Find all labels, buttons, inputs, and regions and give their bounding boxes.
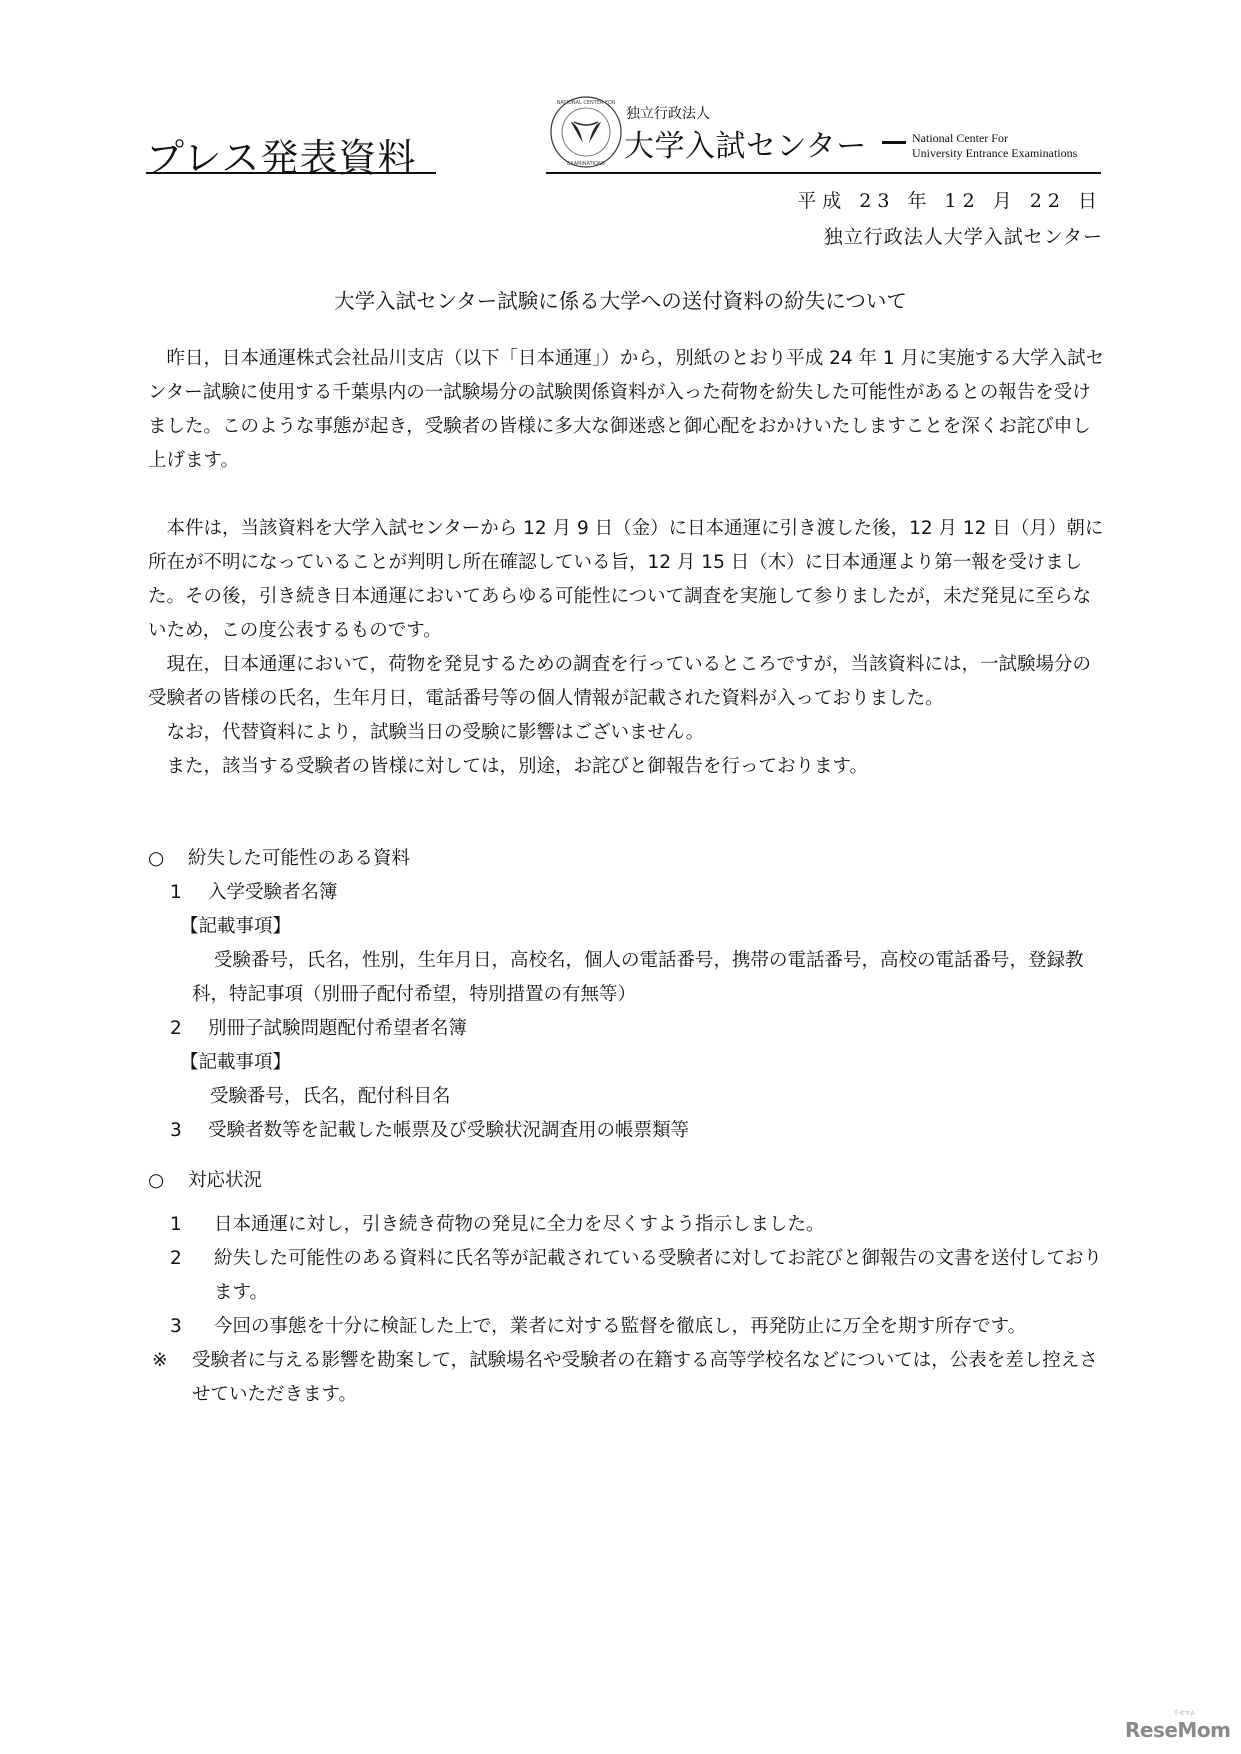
paragraph-5: また，該当する受験者の皆様に対しては，別途，お詫びと御報告を行っております。 (148, 750, 1108, 784)
press-title-underline (146, 172, 436, 174)
list-item: 1日本通運に対し，引き続き荷物の発見に全力を尽くすよう指示しました。 (148, 1208, 1108, 1242)
issuer: 独立行政法人大学入試センター (824, 222, 1103, 249)
list-item: 3今回の事態を十分に検証した上で，業者に対する監督を徹底し，再発防止に万全を期す… (148, 1310, 1108, 1344)
lost-materials-section: ○紛失した可能性のある資料 1入学受験者名簿 【記載事項】 受験番号，氏名，性別… (148, 842, 1108, 1148)
section-heading: ○対応状況 (148, 1164, 1108, 1198)
circle-bullet-icon: ○ (148, 842, 188, 876)
note-text: 受験番号，氏名，性別，生年月日，高校名，個人の電話番号，携帯の電話番号，高校の電… (148, 944, 1108, 1012)
paragraph-2: 本件は，当該資料を大学入試センターから 12 月 9 日（金）に日本通運に引き渡… (148, 512, 1108, 648)
org-type: 独立行政法人 (626, 103, 710, 123)
paragraph-1: 昨日，日本通運株式会社品川支店（以下「日本通運」）から，別紙のとおり平成 24 … (148, 342, 1108, 478)
intro-paragraph: 昨日，日本通運株式会社品川支店（以下「日本通運」）から，別紙のとおり平成 24 … (148, 342, 1108, 478)
letterhead: プレス発表資料 NATIONAL CENTER FOR EXAMINATIONS… (146, 95, 1101, 175)
org-en-line2: University Entrance Examinations (912, 146, 1077, 161)
disclosure-note: ※受験者に与える影響を勘案して，試験場名や受験者の在籍する高等学校名などについて… (148, 1344, 1108, 1412)
document-title: 大学入試センター試験に係る大学への送付資料の紛失について (0, 284, 1241, 314)
list-item: 2紛失した可能性のある資料に氏名等が記載されている受験者に対してお詫びと御報告の… (148, 1242, 1108, 1310)
issue-date: 平成 23 年 12 月 22 日 (797, 186, 1103, 213)
org-en-line1: National Center For (912, 131, 1077, 146)
paragraph-3: 現在，日本通運において，荷物を発見するための調査を行っているところですが，当該資… (148, 648, 1108, 716)
response-section: ○対応状況 1日本通運に対し，引き続き荷物の発見に全力を尽くすよう指示しました。… (148, 1164, 1108, 1412)
paragraph-4: なお，代替資料により，試験当日の受験に影響はございません。 (148, 716, 1108, 750)
org-underline (546, 172, 1101, 174)
national-center-emblem-icon: NATIONAL CENTER FOR EXAMINATIONS (549, 95, 623, 169)
list-item: 2別冊子試験問題配付希望者名簿 (148, 1012, 1108, 1046)
org-dash (882, 141, 906, 144)
section-heading: ○紛失した可能性のある資料 (148, 842, 1108, 876)
note-text: 受験番号，氏名，配付科目名 (148, 1080, 1108, 1114)
note-label: 【記載事項】 (148, 910, 1108, 944)
resemom-watermark-logo: ReseMom リセマム (1125, 1718, 1230, 1742)
note-label: 【記載事項】 (148, 1046, 1108, 1080)
svg-text:NATIONAL CENTER FOR: NATIONAL CENTER FOR (557, 100, 616, 106)
list-item: 3受験者数等を記載した帳票及び受験状況調査用の帳票類等 (148, 1114, 1108, 1148)
list-item: 1入学受験者名簿 (148, 876, 1108, 910)
svg-text:EXAMINATIONS: EXAMINATIONS (567, 161, 605, 167)
circle-bullet-icon: ○ (148, 1164, 188, 1198)
org-name: 大学入試センター (624, 121, 867, 165)
org-english-name: National Center For University Entrance … (912, 131, 1077, 161)
details-paragraphs: 本件は，当該資料を大学入試センターから 12 月 9 日（金）に日本通運に引き渡… (148, 512, 1108, 784)
reference-mark-icon: ※ (152, 1344, 192, 1378)
